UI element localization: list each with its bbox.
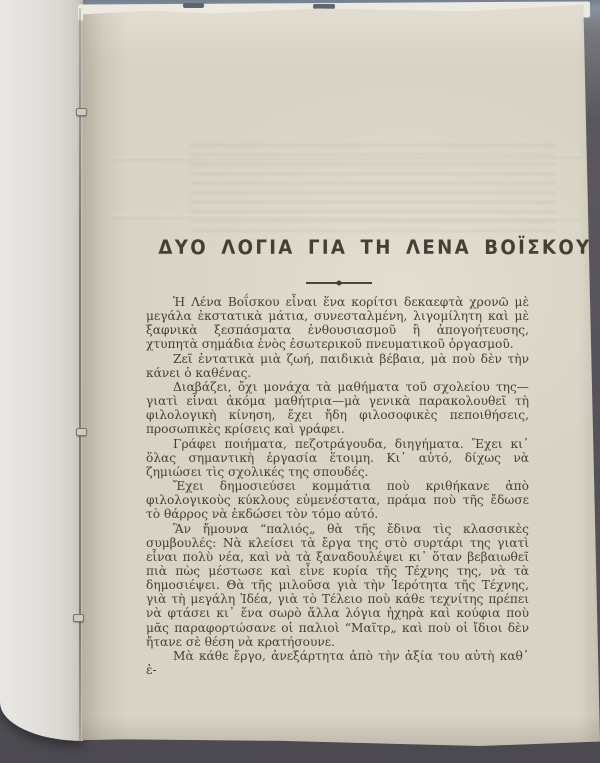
stitch-thread bbox=[73, 614, 84, 622]
facing-page bbox=[0, 0, 83, 741]
divider-dot bbox=[336, 281, 341, 286]
torn-edge-gap bbox=[313, 4, 335, 9]
divider-line bbox=[306, 282, 372, 284]
text-block: Ἡ Λένα Βοΐσκου εἶναι ἕνα κορίτσι δεκαεφτ… bbox=[146, 295, 529, 677]
paragraph-publication: Ἔχει δημοσιεύσει κομμάτια ποὺ κριθήκανε … bbox=[146, 479, 529, 521]
book-photo: ΔΥΟ ΛΟΓΙΑ ΓΙΑ ΤΗ ΛΕΝΑ ΒΟΪΣΚΟΥ Ἡ Λένα Βοΐ… bbox=[0, 0, 600, 763]
stitch-thread bbox=[76, 108, 87, 116]
stitch-thread bbox=[76, 428, 87, 436]
book-page: ΔΥΟ ΛΟΓΙΑ ΓΙΑ ΤΗ ΛΕΝΑ ΒΟΪΣΚΟΥ Ἡ Λένα Βοΐ… bbox=[80, 4, 600, 746]
paragraph-life: Ζεῖ ἐντατικὰ μιὰ ζωή, παιδικιὰ βέβαια, μ… bbox=[146, 352, 529, 380]
paragraph-closing: Μὰ κάθε ἔργο, ἀνεξάρτητα ἀπὸ τὴν ἀξία το… bbox=[146, 649, 529, 677]
paragraph-intro: Ἡ Λένα Βοΐσκου εἶναι ἕνα κορίτσι δεκαεφτ… bbox=[146, 295, 529, 352]
torn-edge-gap bbox=[183, 3, 204, 8]
paragraph-reading: Διαβάζει, ὄχι μονάχα τὰ μαθήματα τοῦ σχο… bbox=[146, 380, 529, 437]
paragraph-advice: Ἂν ἤμουνα “παλιός„ θὰ τῆς ἔδινα τὶς κλασ… bbox=[146, 522, 529, 649]
page-title: ΔΥΟ ΛΟΓΙΑ ΓΙΑ ΤΗ ΛΕΝΑ ΒΟΪΣΚΟΥ bbox=[158, 236, 516, 259]
paragraph-writing: Γράφει ποιήματα, πεζοτράγουδα, διηγήματα… bbox=[146, 437, 529, 479]
book-gutter bbox=[79, 8, 81, 742]
title-divider-rule bbox=[146, 280, 531, 286]
